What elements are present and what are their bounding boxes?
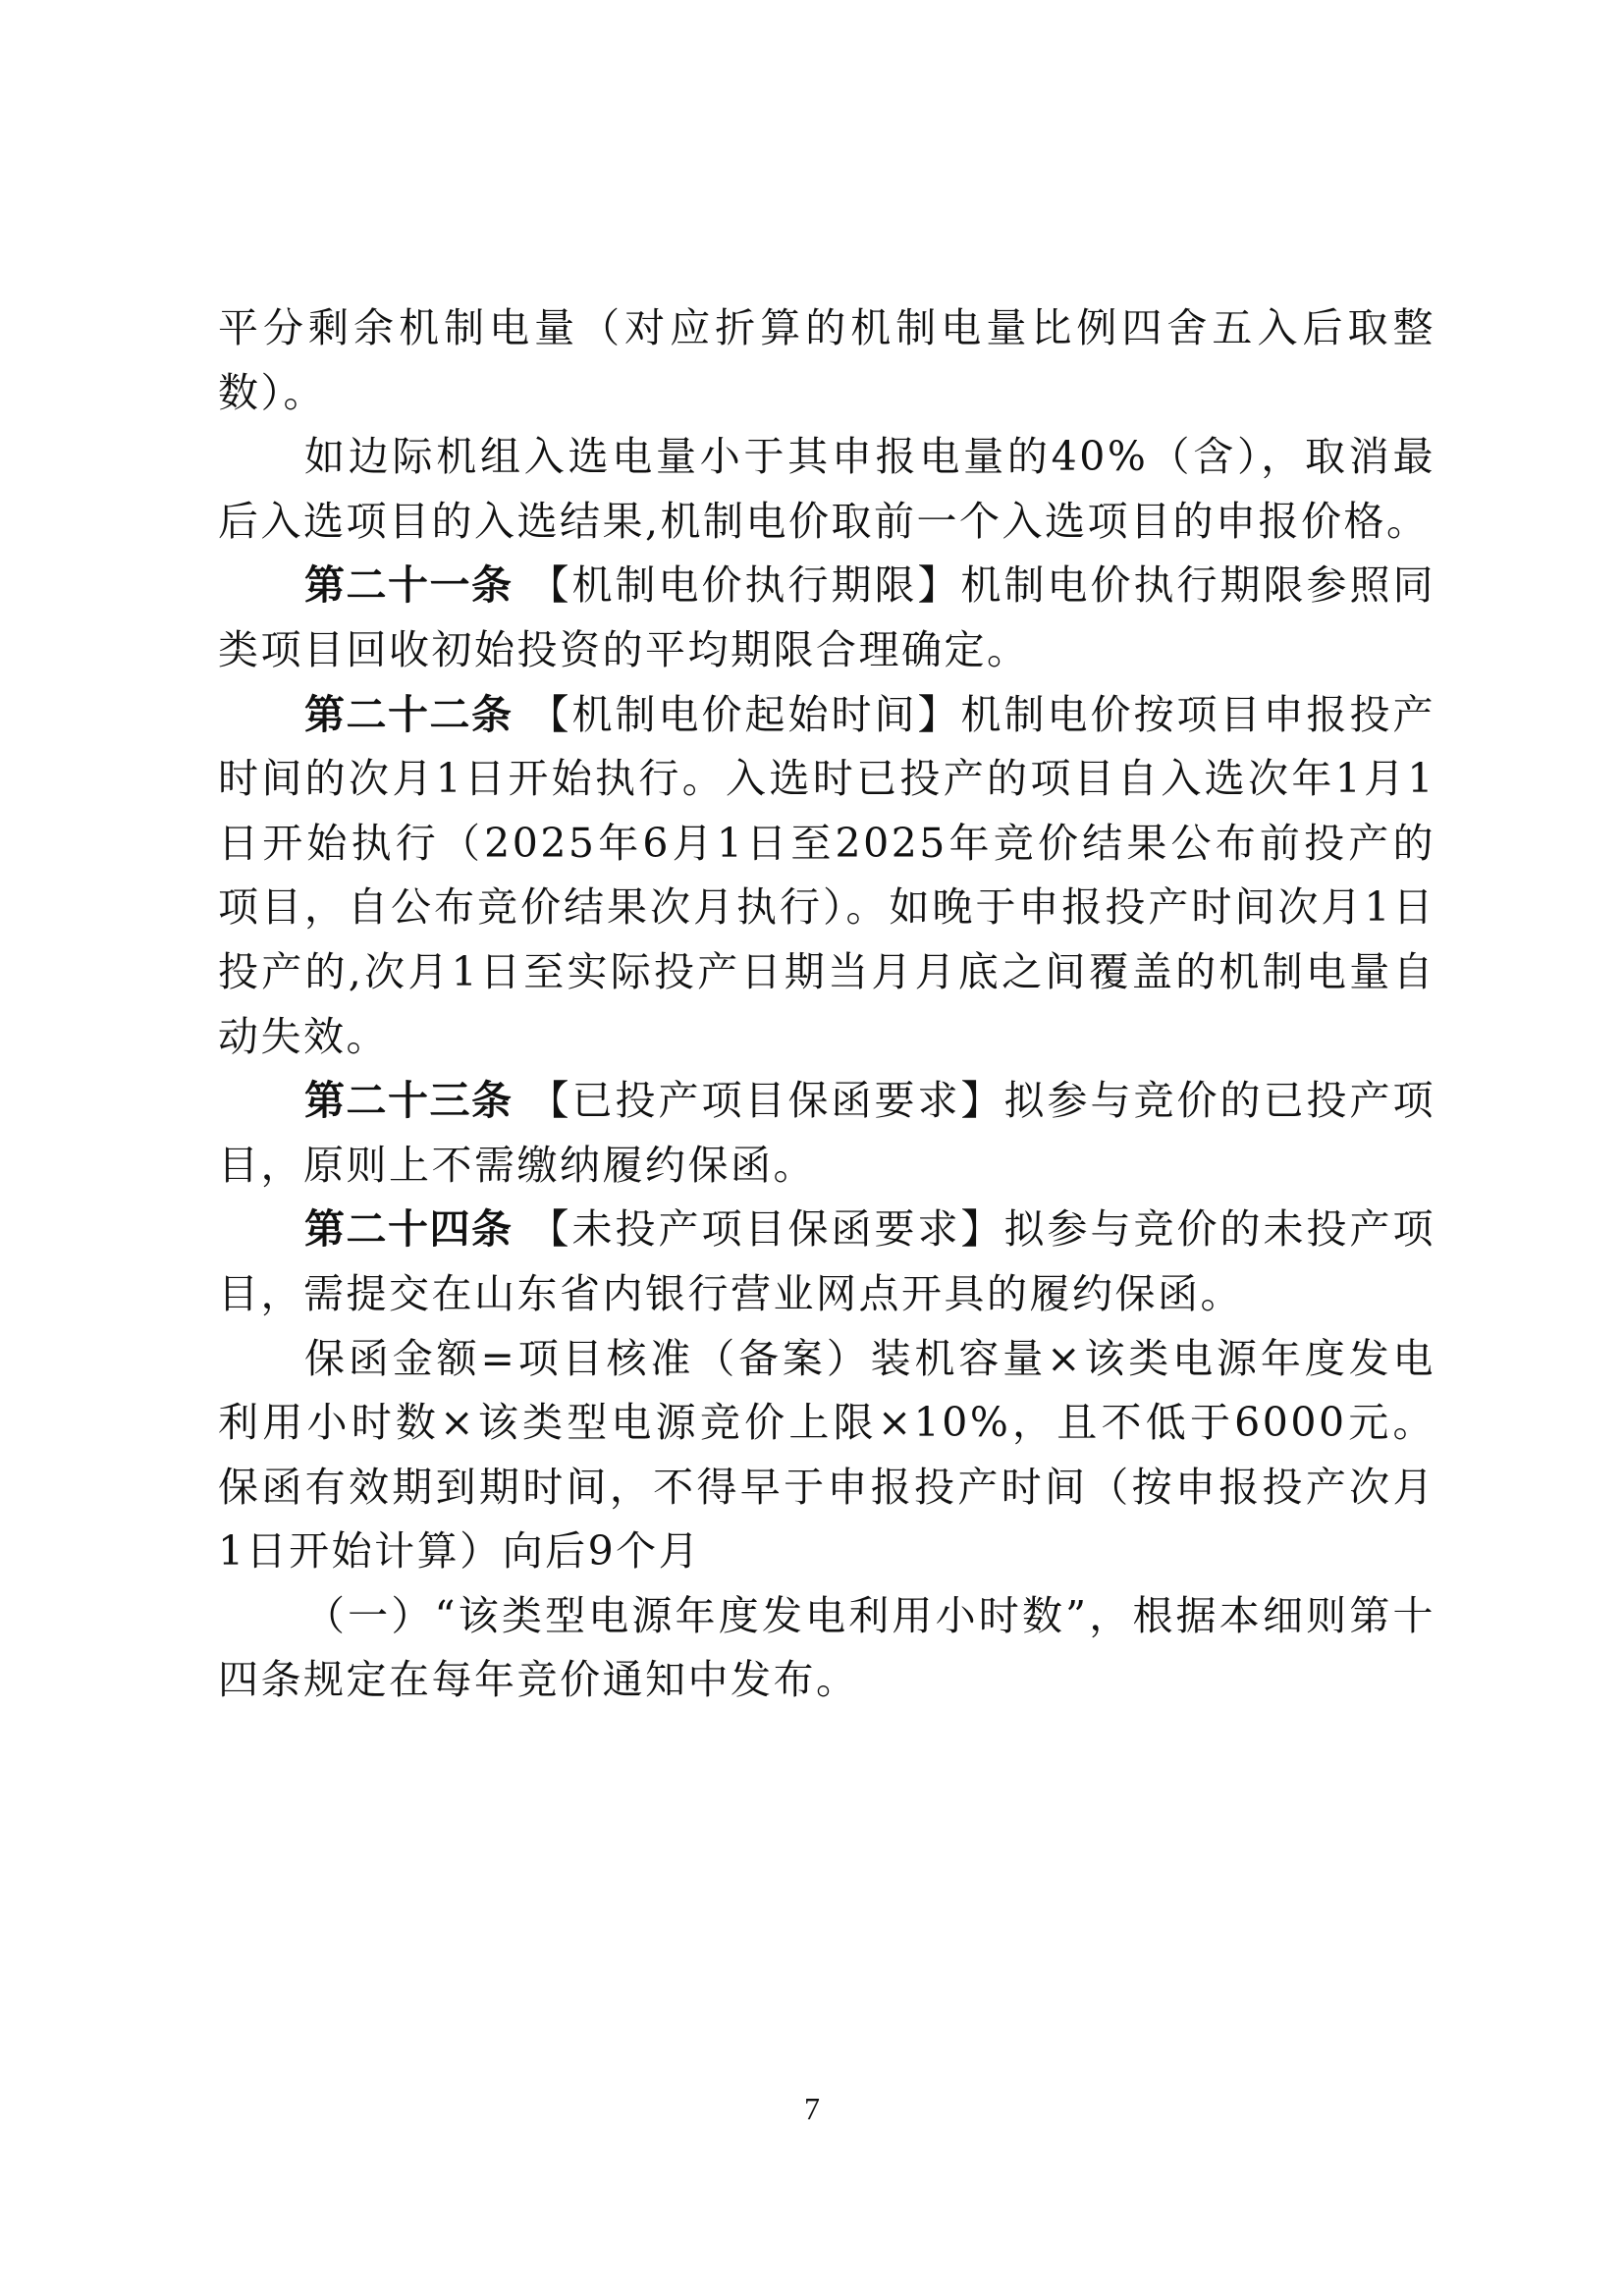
paragraph-text: 平分剩余机制电量（对应折算的机制电量比例四舍五入后取整数）。 [218, 304, 1435, 416]
paragraph-text: 保函金额=项目核准（备案）装机容量×该类电源年度发电利用小时数×该类型电源竞价上… [218, 1335, 1435, 1575]
article-21: 第二十一条 【机制电价执行期限】机制电价执行期限参照同类项目回收初始投资的平均期… [218, 554, 1435, 682]
article-title: 【机制电价执行期限】 [529, 561, 961, 609]
article-24: 第二十四条 【未投产项目保函要求】拟参与竞价的未投产项目，需提交在山东省内银行营… [218, 1198, 1435, 1326]
document-body: 平分剩余机制电量（对应折算的机制电量比例四舍五入后取整数）。 如边际机组入选电量… [218, 296, 1435, 1713]
page-number: 7 [0, 2091, 1624, 2127]
article-number: 第二十一条 [304, 561, 514, 609]
article-22: 第二十二条 【机制电价起始时间】机制电价按项目申报投产时间的次月1日开始执行。入… [218, 683, 1435, 1070]
paragraph-guarantee-amount: 保函金额=项目核准（备案）装机容量×该类电源年度发电利用小时数×该类型电源竞价上… [218, 1327, 1435, 1584]
paragraph-item-1: （一）“该类型电源年度发电利用小时数”，根据本细则第十四条规定在每年竞价通知中发… [218, 1584, 1435, 1713]
paragraph-text: 如边际机组入选电量小于其申报电量的40%（含），取消最后入选项目的入选结果,机制… [218, 433, 1435, 545]
paragraph-text: （一）“该类型电源年度发电利用小时数”，根据本细则第十四条规定在每年竞价通知中发… [218, 1592, 1435, 1704]
article-number: 第二十三条 [304, 1077, 514, 1124]
paragraph-marginal-unit: 如边际机组入选电量小于其申报电量的40%（含），取消最后入选项目的入选结果,机制… [218, 425, 1435, 554]
article-text: 机制电价按项目申报投产时间的次月1日开始执行。入选时已投产的项目自入选次年1月1… [218, 691, 1435, 1060]
paragraph-remaining-allocation: 平分剩余机制电量（对应折算的机制电量比例四舍五入后取整数）。 [218, 296, 1435, 425]
article-23: 第二十三条 【已投产项目保函要求】拟参与竞价的已投产项目，原则上不需缴纳履约保函… [218, 1069, 1435, 1198]
article-title: 【机制电价起始时间】 [529, 691, 961, 738]
article-title: 【未投产项目保函要求】 [529, 1205, 1004, 1253]
article-number: 第二十四条 [304, 1205, 514, 1253]
article-title: 【已投产项目保函要求】 [529, 1077, 1004, 1124]
article-number: 第二十二条 [304, 691, 514, 738]
